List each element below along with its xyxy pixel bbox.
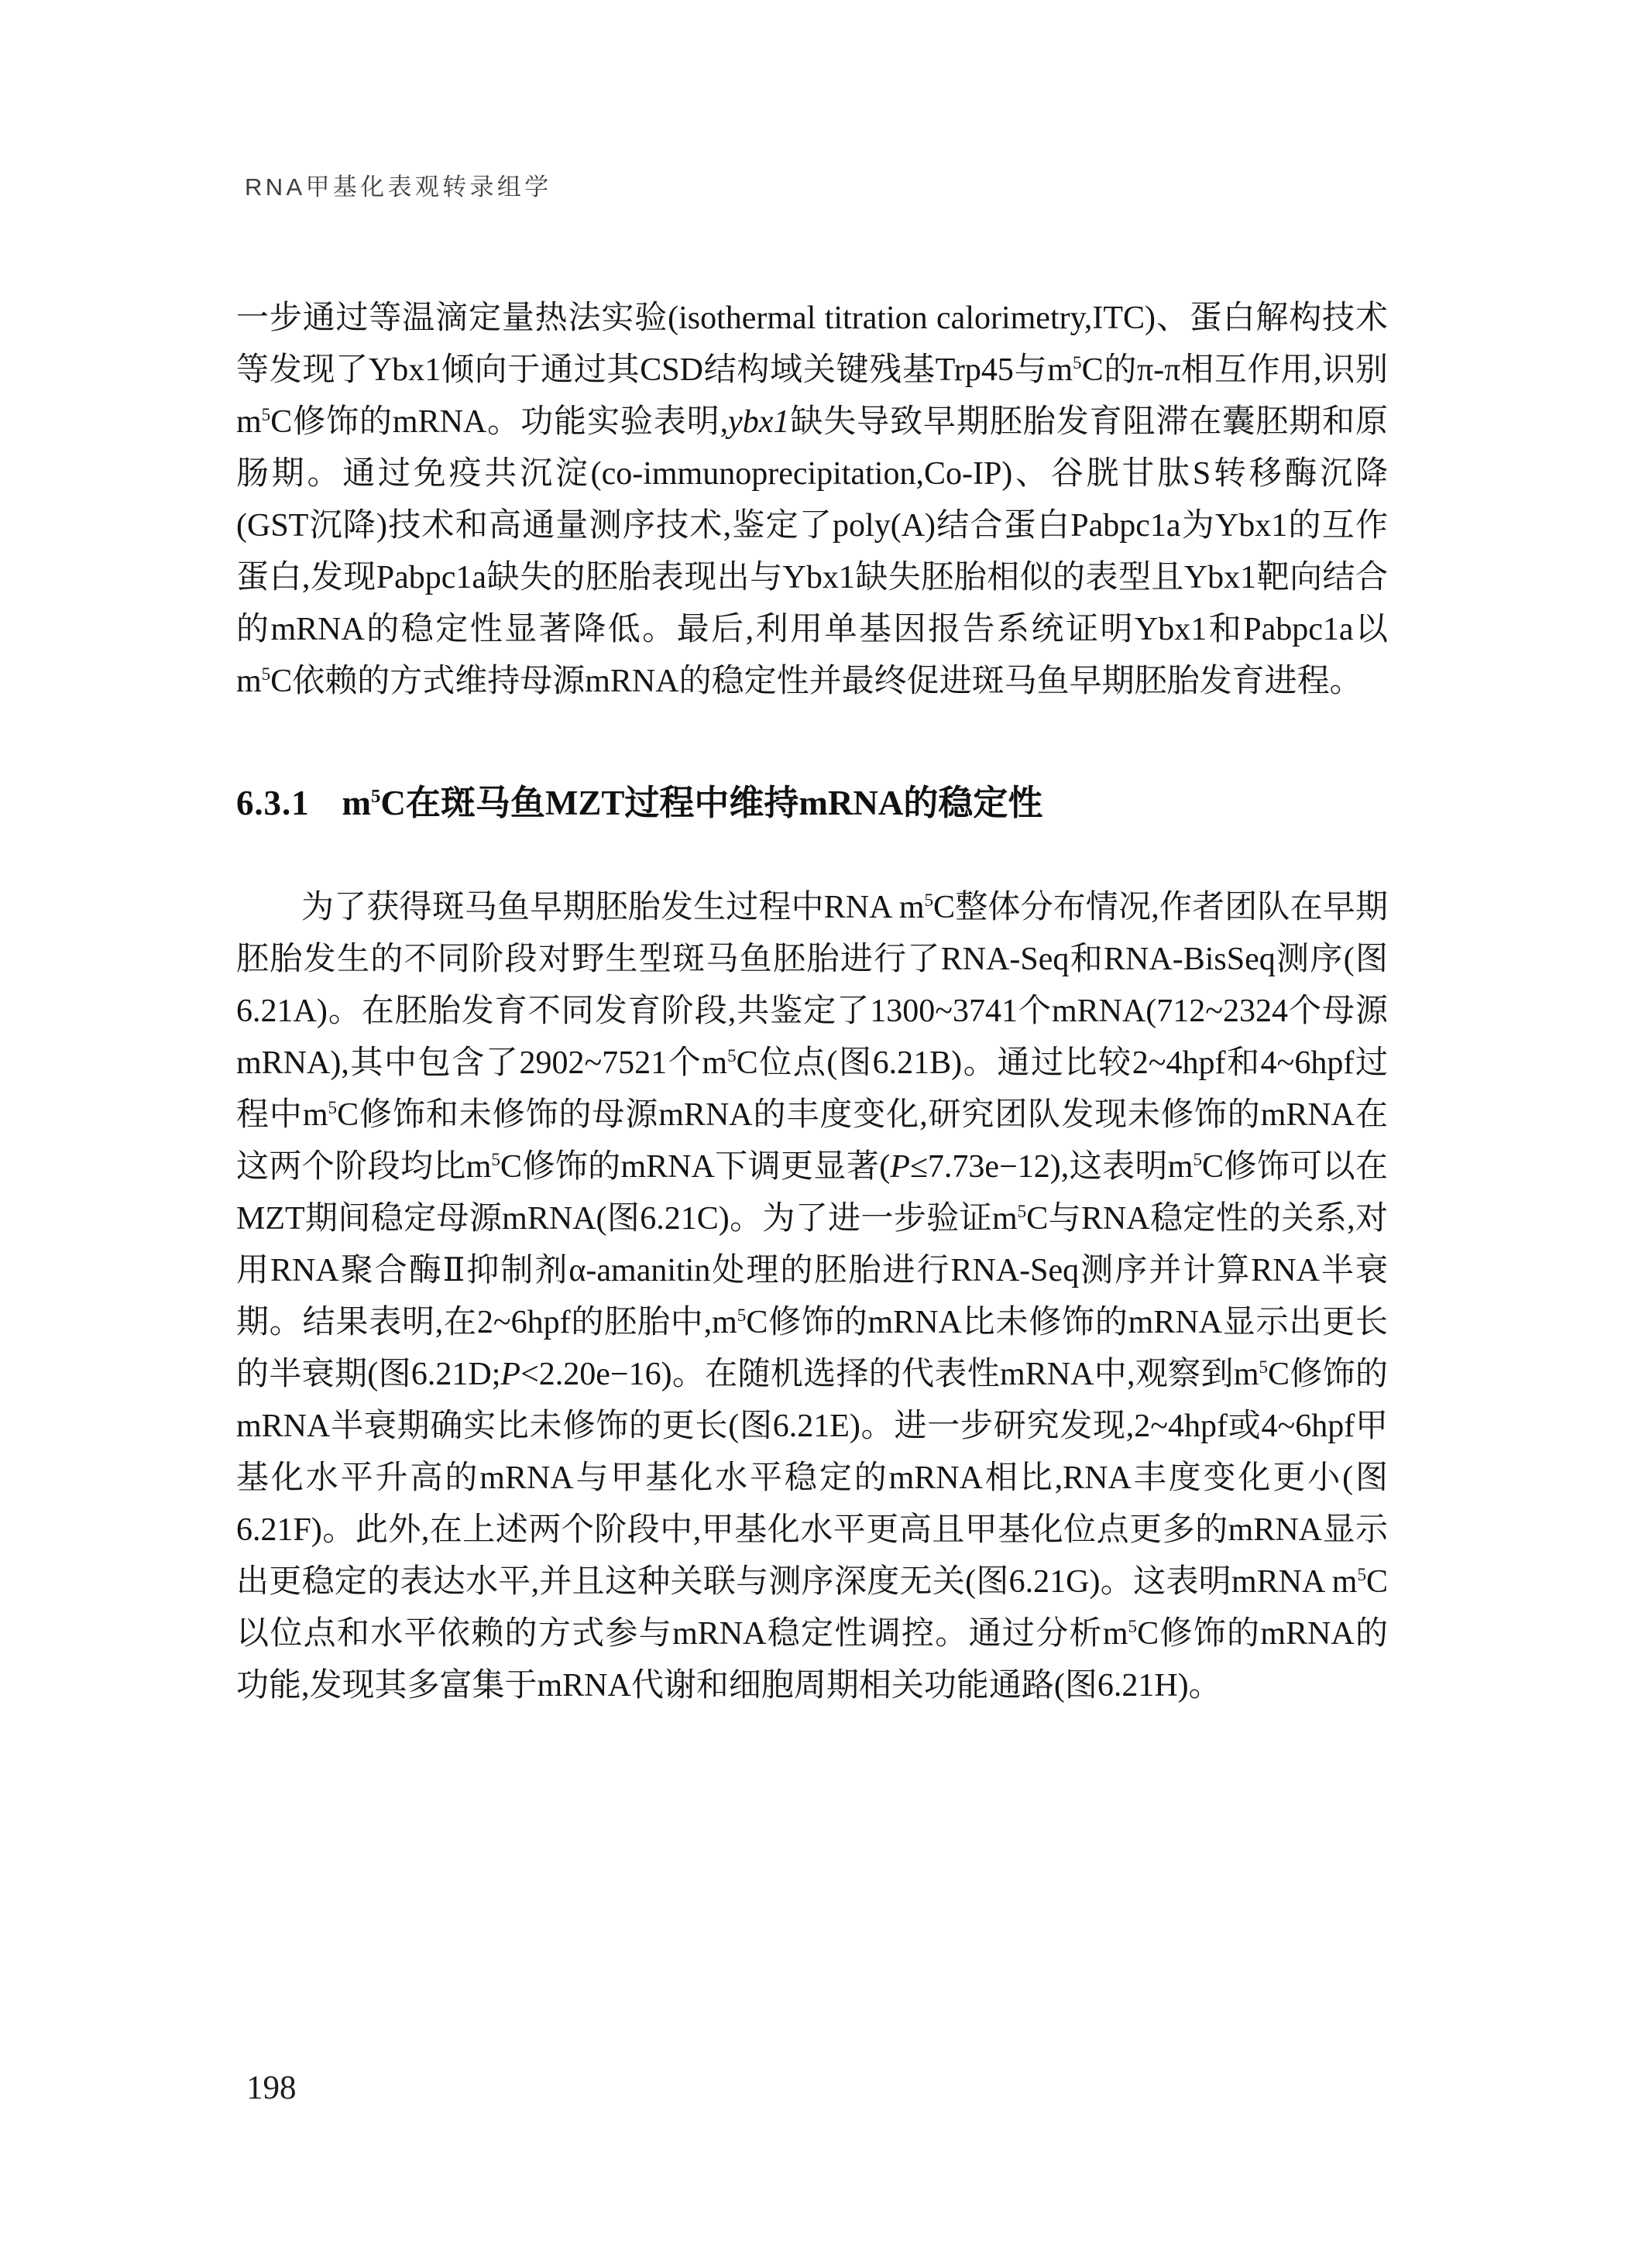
page-body: 一步通过等温滴定量热法实验(isothermal titration calor… [236, 293, 1388, 1712]
paragraph-body: 为了获得斑马鱼早期胚胎发生过程中RNA m5C整体分布情况,作者团队在早期胚胎发… [236, 882, 1388, 1712]
section-number: 6.3.1 [236, 784, 310, 822]
page-number: 198 [246, 2069, 297, 2107]
running-header: RNA甲基化表观转录组学 [245, 167, 552, 202]
section-heading: 6.3.1m5C在斑马鱼MZT过程中维持mRNA的稳定性 [236, 777, 1388, 829]
book-page: RNA甲基化表观转录组学 一步通过等温滴定量热法实验(isothermal ti… [0, 0, 1628, 2268]
paragraph-continuation: 一步通过等温滴定量热法实验(isothermal titration calor… [236, 293, 1388, 708]
section-title: m5C在斑马鱼MZT过程中维持mRNA的稳定性 [342, 784, 1043, 822]
